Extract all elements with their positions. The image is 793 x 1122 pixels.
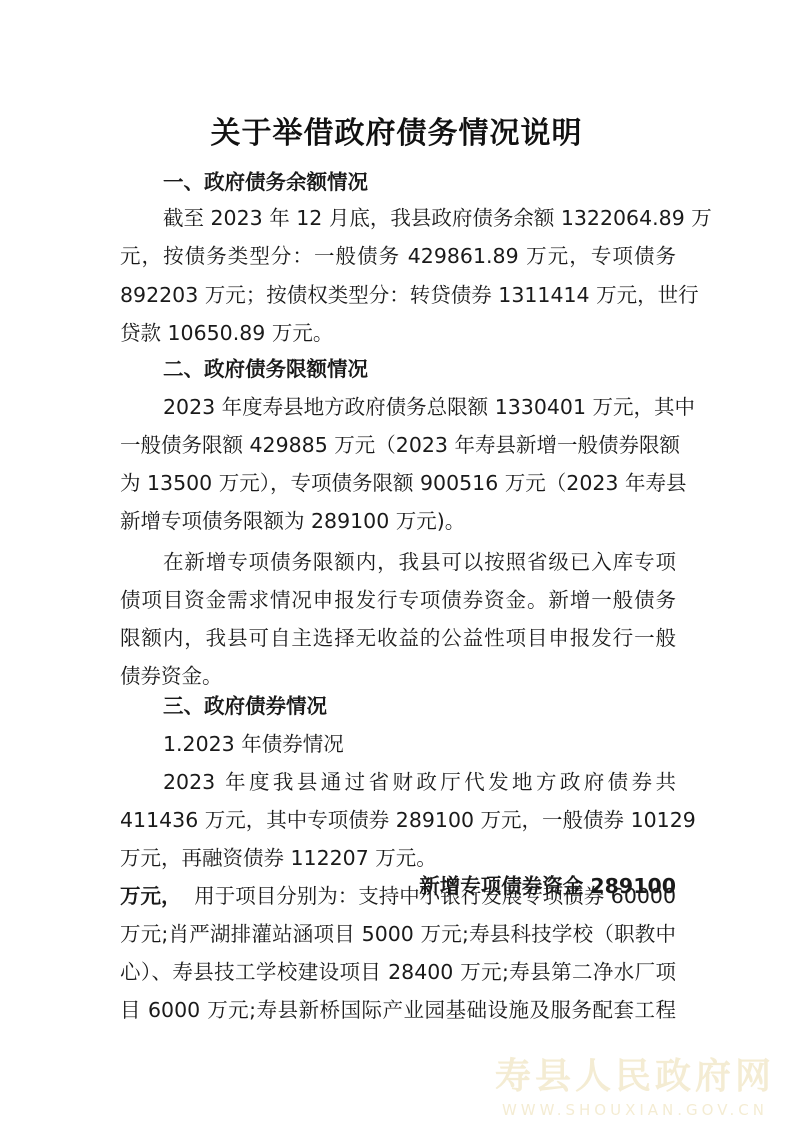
- paragraph-line: 心）、寿县技工学校建设项目 28400 万元;寿县第二净水厂项: [120, 958, 676, 986]
- watermark-site-url: WWW.SHOUXIAN.GOV.CN: [495, 1101, 775, 1119]
- section-heading-3: 三、政府债券情况: [163, 692, 327, 720]
- site-watermark: 寿县人民政府网 WWW.SHOUXIAN.GOV.CN: [495, 1048, 775, 1119]
- paragraph-line: 411436 万元，其中专项债券 289100 万元，一般债券 10129: [120, 806, 676, 834]
- paragraph-line: 892203 万元；按债权类型分：转贷债券 1311414 万元，世行: [120, 281, 676, 309]
- document-page: 关于举借政府债务情况说明 一、政府债务余额情况 截至 2023 年 12 月底，…: [0, 0, 793, 1122]
- paragraph-line: 债券资金。: [120, 662, 676, 690]
- paragraph-line: 一般债务限额 429885 万元（2023 年寿县新增一般债券限额: [120, 431, 676, 459]
- paragraph-line: 元，按债务类型分：一般债务 429861.89 万元，专项债务: [120, 242, 676, 270]
- paragraph-text: 万元，再融资债券 112207 万元。: [120, 846, 437, 870]
- document-title: 关于举借政府债务情况说明: [0, 108, 793, 152]
- paragraph-line: 债项目资金需求情况申报发行专项债券资金。新增一般债务: [120, 586, 676, 614]
- paragraph-line: 新增专项债务限额为 289100 万元)。: [120, 507, 676, 535]
- emphasis-text: 万元，: [120, 884, 182, 908]
- paragraph-line: 2023 年度我县通过省财政厅代发地方政府债券共: [163, 768, 676, 796]
- subsection-heading: 1.2023 年债券情况: [163, 730, 344, 758]
- paragraph-line: 万元;肖严湖排灌站涵项目 5000 万元;寿县科技学校（职教中: [120, 920, 676, 948]
- paragraph-line: 万元，用于项目分别为：支持中小银行发展专项债券 60000: [120, 882, 676, 910]
- section-heading-1: 一、政府债务余额情况: [163, 168, 368, 196]
- paragraph-text: 用于项目分别为：支持中小银行发展专项债券 60000: [194, 882, 676, 910]
- paragraph-line: 2023 年度寿县地方政府债务总限额 1330401 万元，其中: [163, 393, 676, 421]
- watermark-site-name: 寿县人民政府网: [495, 1048, 775, 1099]
- paragraph-line: 在新增专项债务限额内，我县可以按照省级已入库专项: [163, 548, 676, 576]
- paragraph-line: 限额内，我县可自主选择无收益的公益性项目申报发行一般: [120, 624, 676, 652]
- paragraph-line: 目 6000 万元;寿县新桥国际产业园基础设施及服务配套工程: [120, 996, 676, 1024]
- paragraph-line: 截至 2023 年 12 月底，我县政府债务余额 1322064.89 万: [163, 204, 676, 232]
- paragraph-line: 为 13500 万元），专项债务限额 900516 万元（2023 年寿县: [120, 469, 676, 497]
- section-heading-2: 二、政府债务限额情况: [163, 355, 368, 383]
- paragraph-line: 贷款 10650.89 万元。: [120, 319, 676, 347]
